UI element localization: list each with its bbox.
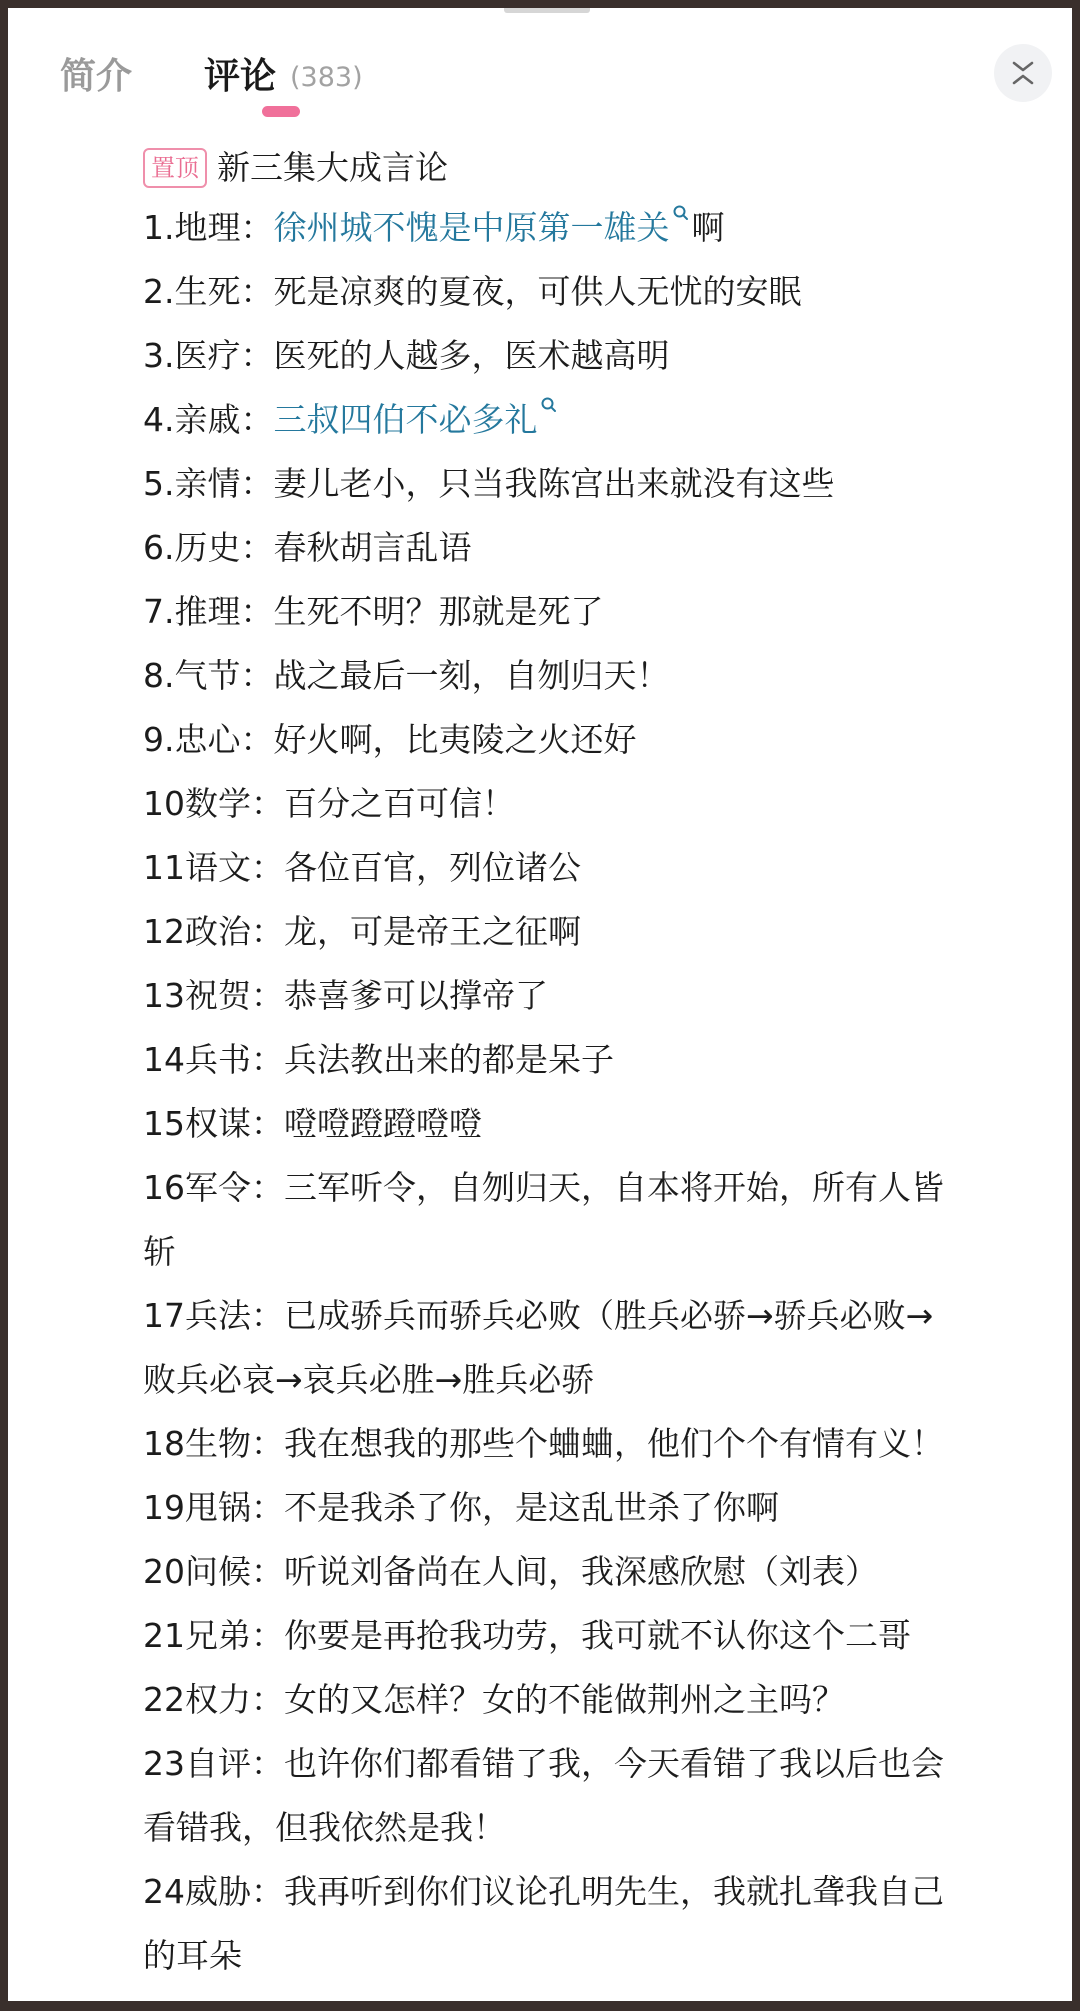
comment-line: 20问候：听说刘备尚在人间，我深感欣慰（刘表） xyxy=(143,1540,1043,1604)
line-topic: 2.生死： xyxy=(143,272,274,311)
pinned-comment-header: 置顶 新三集大成言论 xyxy=(143,140,1043,196)
line-text: 各位百官，列位诸公 xyxy=(284,848,581,887)
comment-line: 5.亲情：妻儿老小，只当我陈宫出来就没有这些 xyxy=(143,452,1043,516)
line-text: 我再听到你们议论孔明先生，我就扎聋我自己 xyxy=(284,1872,944,1911)
comment-line: 13祝贺：恭喜爹可以撑帝了 xyxy=(143,964,1043,1028)
line-text: 女的又怎样？女的不能做荆州之主吗？ xyxy=(284,1680,845,1719)
line-topic: 10数学： xyxy=(143,784,284,823)
line-topic: 4.亲戚： xyxy=(143,400,274,439)
comment-line: 21兄弟：你要是再抢我功劳，我可就不认你这个二哥 xyxy=(143,1604,1043,1668)
line-topic: 5.亲情： xyxy=(143,464,274,503)
drag-handle[interactable] xyxy=(504,8,590,13)
pinned-badge: 置顶 xyxy=(143,148,207,188)
comment-line: 12政治：龙，可是帝王之征啊 xyxy=(143,900,1043,964)
line-topic: 24威胁： xyxy=(143,1872,284,1911)
comment-line: 6.历史：春秋胡言乱语 xyxy=(143,516,1043,580)
line-topic: 16军令： xyxy=(143,1168,284,1207)
pinned-comment-title: 新三集大成言论 xyxy=(217,140,448,196)
comment-line: 3.医疗：医死的人越多，医术越高明 xyxy=(143,324,1043,388)
comment-count: (383) xyxy=(290,62,363,93)
line-topic: 18生物： xyxy=(143,1424,284,1463)
line-text: 死是凉爽的夏夜，可供人无忧的安眠 xyxy=(274,272,802,311)
pinned-comment-body: 置顶 新三集大成言论 1.地理：徐州城不愧是中原第一雄关啊2.生死：死是凉爽的夏… xyxy=(143,140,1043,1988)
line-topic: 8.气节： xyxy=(143,656,274,695)
tab-comments[interactable]: 评论(383) xyxy=(204,52,363,103)
line-topic: 3.医疗： xyxy=(143,336,274,375)
search-keyword-link[interactable]: 徐州城不愧是中原第一雄关 xyxy=(274,208,670,247)
comment-line: 22权力：女的又怎样？女的不能做荆州之主吗？ xyxy=(143,1668,1043,1732)
line-topic: 1.地理： xyxy=(143,208,274,247)
line-topic: 6.历史： xyxy=(143,528,274,567)
line-text: 听说刘备尚在人间，我深感欣慰（刘表） xyxy=(284,1552,878,1591)
line-topic: 11语文： xyxy=(143,848,284,887)
line-text: 噔噔蹬蹬噔噔 xyxy=(284,1104,482,1143)
comment-line: 24威胁：我再听到你们议论孔明先生，我就扎聋我自己 xyxy=(143,1860,1043,1924)
comment-line: 16军令：三军听令，自刎归天，自本将开始，所有人皆 xyxy=(143,1156,1043,1220)
line-text: 战之最后一刻，自刎归天！ xyxy=(274,656,670,695)
comment-lines: 1.地理：徐州城不愧是中原第一雄关啊2.生死：死是凉爽的夏夜，可供人无忧的安眠3… xyxy=(143,196,1043,1988)
comment-line-continuation: 败兵必哀→哀兵必胜→胜兵必骄 xyxy=(143,1348,1043,1412)
line-topic: 23自评： xyxy=(143,1744,284,1783)
line-text: 三军听令，自刎归天，自本将开始，所有人皆 xyxy=(284,1168,944,1207)
line-topic: 22权力： xyxy=(143,1680,284,1719)
comment-line: 11语文：各位百官，列位诸公 xyxy=(143,836,1043,900)
line-text: 我在想我的那些个蛐蛐，他们个个有情有义！ xyxy=(284,1424,944,1463)
line-suffix: 啊 xyxy=(692,208,725,247)
line-topic: 17兵法： xyxy=(143,1296,284,1335)
line-text: 百分之百可信！ xyxy=(284,784,515,823)
comment-line: 7.推理：生死不明？那就是死了 xyxy=(143,580,1043,644)
comment-line: 1.地理：徐州城不愧是中原第一雄关啊 xyxy=(143,196,1043,260)
comment-line: 23自评：也许你们都看错了我，今天看错了我以后也会 xyxy=(143,1732,1043,1796)
line-text: 妻儿老小，只当我陈宫出来就没有这些 xyxy=(274,464,835,503)
comment-line: 2.生死：死是凉爽的夏夜，可供人无忧的安眠 xyxy=(143,260,1043,324)
comment-line-continuation: 看错我，但我依然是我！ xyxy=(143,1796,1043,1860)
comment-line: 14兵书：兵法教出来的都是呆子 xyxy=(143,1028,1043,1092)
comment-line: 4.亲戚：三叔四伯不必多礼 xyxy=(143,388,1043,452)
line-text: 你要是再抢我功劳，我可就不认你这个二哥 xyxy=(284,1616,911,1655)
line-text: 好火啊，比夷陵之火还好 xyxy=(274,720,637,759)
comment-line: 10数学：百分之百可信！ xyxy=(143,772,1043,836)
line-topic: 19甩锅： xyxy=(143,1488,284,1527)
line-text: 春秋胡言乱语 xyxy=(274,528,472,567)
comments-sheet: 简介 评论(383) 置顶 新三集大成言论 1.地理：徐州城不愧是中原第一雄关啊… xyxy=(8,8,1072,2001)
comment-line-continuation: 的耳朵 xyxy=(143,1924,1043,1988)
line-topic: 14兵书： xyxy=(143,1040,284,1079)
tab-intro[interactable]: 简介 xyxy=(60,52,132,102)
comment-line: 17兵法：已成骄兵而骄兵必败（胜兵必骄→骄兵必败→ xyxy=(143,1284,1043,1348)
collapse-chevrons-icon xyxy=(1010,58,1036,88)
line-topic: 9.忠心： xyxy=(143,720,274,759)
comment-line: 19甩锅：不是我杀了你，是这乱世杀了你啊 xyxy=(143,1476,1043,1540)
line-text: 医死的人越多，医术越高明 xyxy=(274,336,670,375)
active-tab-indicator xyxy=(262,106,300,117)
line-topic: 7.推理： xyxy=(143,592,274,631)
comment-line-continuation: 斩 xyxy=(143,1220,1043,1284)
line-text: 生死不明？那就是死了 xyxy=(274,592,604,631)
line-text: 也许你们都看错了我，今天看错了我以后也会 xyxy=(284,1744,944,1783)
line-topic: 15权谋： xyxy=(143,1104,284,1143)
comment-line: 8.气节：战之最后一刻，自刎归天！ xyxy=(143,644,1043,708)
tab-intro-label: 简介 xyxy=(60,56,132,97)
line-text: 已成骄兵而骄兵必败（胜兵必骄→骄兵必败→ xyxy=(284,1296,933,1335)
line-text: 兵法教出来的都是呆子 xyxy=(284,1040,614,1079)
line-topic: 21兄弟： xyxy=(143,1616,284,1655)
search-icon[interactable] xyxy=(670,196,692,232)
line-text: 龙，可是帝王之征啊 xyxy=(284,912,581,951)
tab-comments-label: 评论 xyxy=(204,56,276,97)
line-text: 不是我杀了你，是这乱世杀了你啊 xyxy=(284,1488,779,1527)
search-keyword-link[interactable]: 三叔四伯不必多礼 xyxy=(274,400,538,439)
line-topic: 13祝贺： xyxy=(143,976,284,1015)
search-icon[interactable] xyxy=(538,388,560,424)
collapse-button[interactable] xyxy=(994,44,1052,102)
comment-line: 18生物：我在想我的那些个蛐蛐，他们个个有情有义！ xyxy=(143,1412,1043,1476)
comment-line: 9.忠心：好火啊，比夷陵之火还好 xyxy=(143,708,1043,772)
line-topic: 12政治： xyxy=(143,912,284,951)
line-topic: 20问候： xyxy=(143,1552,284,1591)
comment-line: 15权谋：噔噔蹬蹬噔噔 xyxy=(143,1092,1043,1156)
line-text: 恭喜爹可以撑帝了 xyxy=(284,976,548,1015)
